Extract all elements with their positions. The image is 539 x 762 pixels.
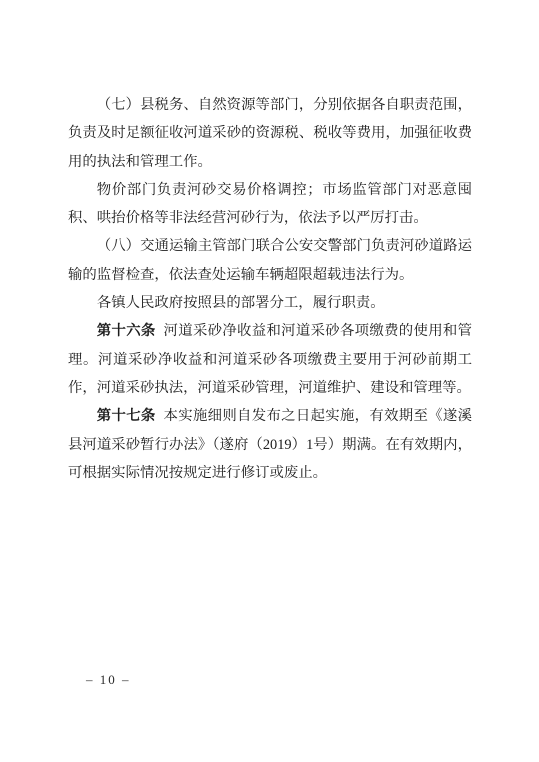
paragraph-text: 物价部门负责河砂交易价格调控；市场监管部门对恶意囤积、哄抬价格等非法经营河砂行为… — [68, 182, 472, 226]
paragraph: 各镇人民政府按照县的部署分工，履行职责。 — [68, 289, 472, 317]
paragraph: 第十七条本实施细则自发布之日起实施，有效期至《遂溪县河道采砂暂行办法》（遂府（2… — [68, 402, 472, 487]
document-body: （七）县税务、自然资源等部门，分别依据各自职责范围，负责及时足额征收河道采砂的资… — [68, 91, 472, 487]
paragraph-text: 各镇人民政府按照县的部署分工，履行职责。 — [97, 295, 385, 311]
paragraph-text: （八）交通运输主管部门联合公安交警部门负责河砂道路运输的监督检查，依法查处运输车… — [68, 238, 472, 282]
article-number: 第十七条 — [97, 408, 156, 424]
paragraph: （八）交通运输主管部门联合公安交警部门负责河砂道路运输的监督检查，依法查处运输车… — [68, 232, 472, 289]
paragraph: 物价部门负责河砂交易价格调控；市场监管部门对恶意囤积、哄抬价格等非法经营河砂行为… — [68, 176, 472, 233]
page-footer: – 10 – — [86, 671, 131, 689]
paragraph: 第十六条河道采砂净收益和河道采砂各项缴费的使用和管理。河道采砂净收益和河道采砂各… — [68, 317, 472, 402]
article-number: 第十六条 — [97, 323, 156, 339]
paragraph-text: （七）县税务、自然资源等部门，分别依据各自职责范围，负责及时足额征收河道采砂的资… — [68, 97, 472, 170]
document-page: （七）县税务、自然资源等部门，分别依据各自职责范围，负责及时足额征收河道采砂的资… — [0, 0, 539, 762]
page-number: – 10 – — [86, 672, 131, 687]
paragraph: （七）县税务、自然资源等部门，分别依据各自职责范围，负责及时足额征收河道采砂的资… — [68, 91, 472, 176]
